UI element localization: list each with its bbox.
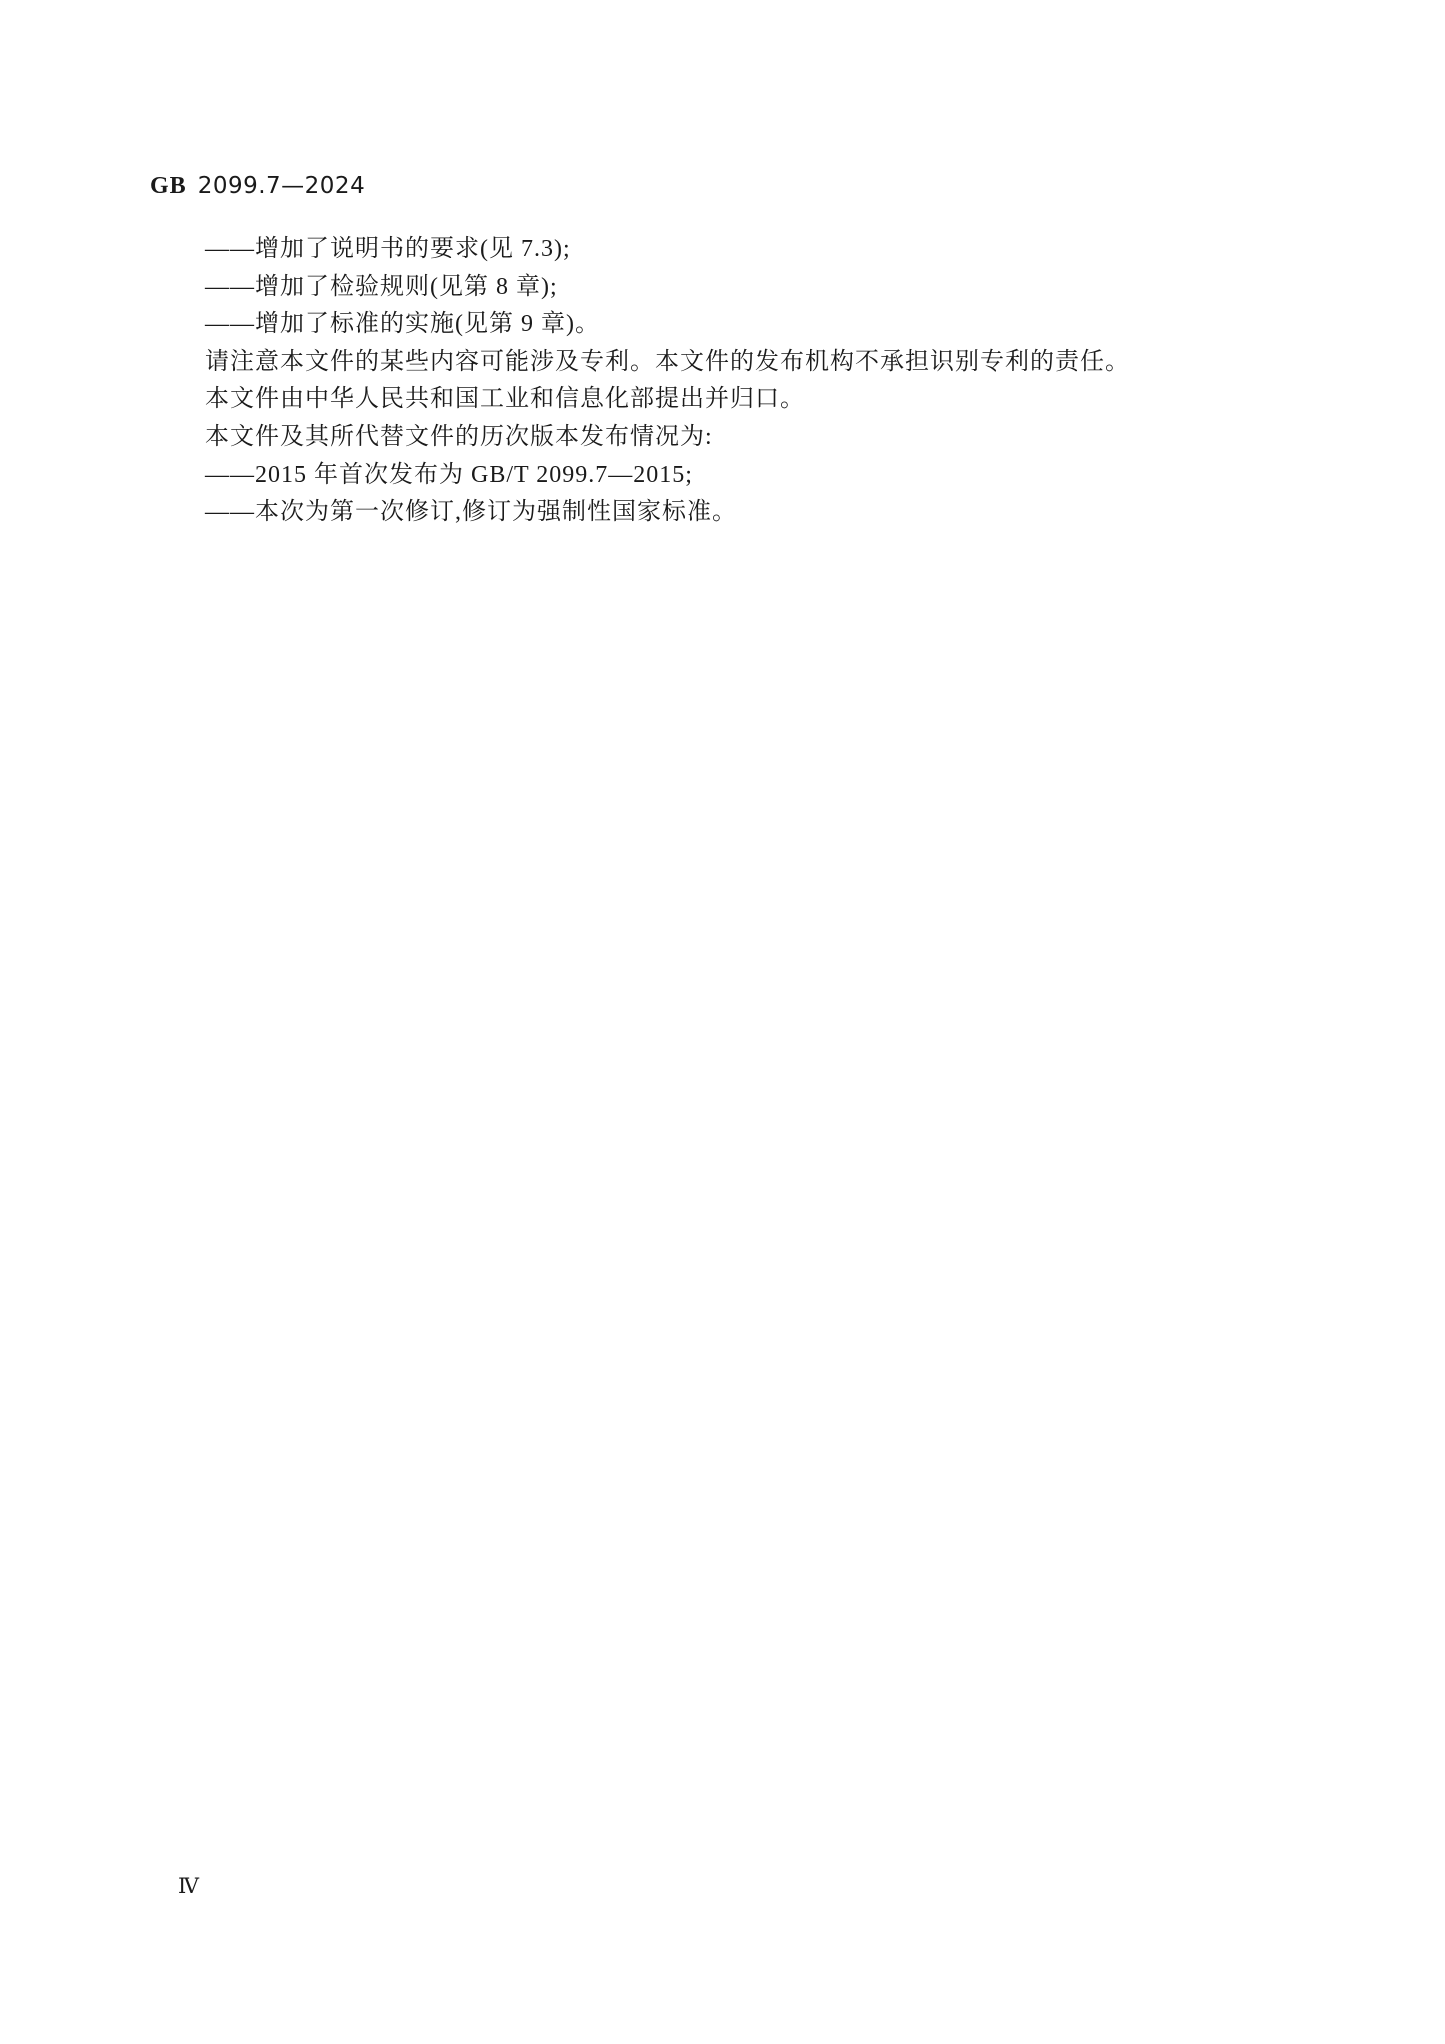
standard-code-number: 2099.7—2024 — [198, 173, 366, 199]
document-page: GB2099.7—2024 ——增加了说明书的要求(见 7.3); ——增加了检… — [0, 0, 1445, 2044]
change-item-line-2: ——增加了检验规则(见第 8 章); — [155, 269, 1330, 307]
version-history-item-1: ——2015 年首次发布为 GB/T 2099.7—2015; — [155, 457, 1330, 495]
issuing-body-line: 本文件由中华人民共和国工业和信息化部提出并归口。 — [155, 381, 1330, 419]
patent-notice-line: 请注意本文件的某些内容可能涉及专利。本文件的发布机构不承担识别专利的责任。 — [155, 344, 1330, 382]
version-history-item-2: ——本次为第一次修订,修订为强制性国家标准。 — [155, 494, 1330, 532]
standard-code-label: GB — [150, 173, 187, 199]
change-item-line-3: ——增加了标准的实施(见第 9 章)。 — [155, 306, 1330, 344]
foreword-text-block: ——增加了说明书的要求(见 7.3); ——增加了检验规则(见第 8 章); —… — [155, 231, 1330, 532]
page-number: Ⅳ — [178, 1874, 199, 1898]
standard-code-header: GB2099.7—2024 — [150, 172, 365, 200]
change-item-line-1: ——增加了说明书的要求(见 7.3); — [155, 231, 1330, 269]
version-history-intro-line: 本文件及其所代替文件的历次版本发布情况为: — [155, 419, 1330, 457]
